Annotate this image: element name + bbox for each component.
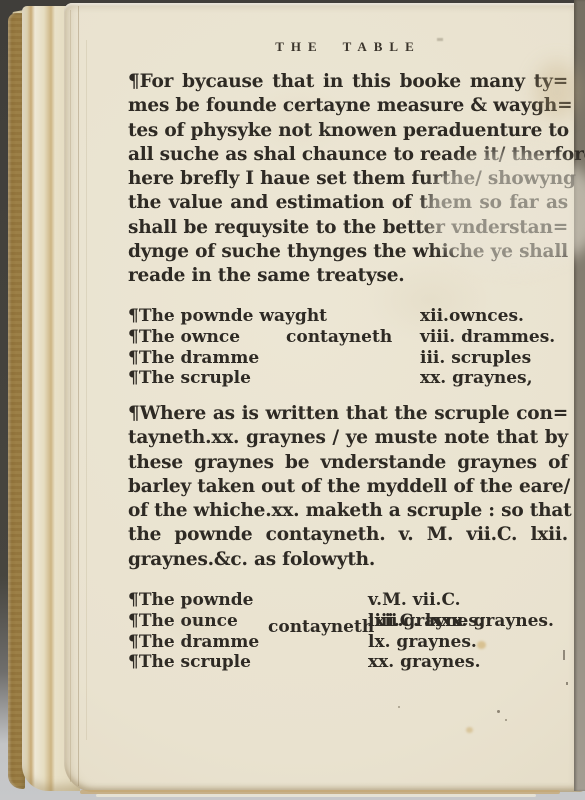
table-row-label: ¶The pownde [128, 590, 368, 611]
page-bottom-edge-sheet [96, 794, 536, 797]
text-line: ¶For bycause that in this booke many ty= [128, 70, 568, 94]
text-line: barley taken out of the myddell of the e… [128, 475, 568, 499]
table-row: ¶The scruple xx. graynes, [128, 368, 568, 389]
book-photo-backdrop: THE TABLE ¶For bycause that in this book… [0, 0, 585, 800]
table-row-label: ¶The dramme [128, 348, 420, 369]
ink-speck [398, 706, 400, 708]
text-line: the pownde contayneth. v. M. vii.C. lxii… [128, 523, 568, 547]
text-line: tayneth.xx. graynes / ye muste note that… [128, 426, 568, 450]
weights-table-1: ¶The pownde wayght xii.ownces. ¶The ownc… [128, 306, 568, 389]
table-row-value: iiii.C. lxxx. graynes. [368, 611, 568, 632]
connector-word: contayneth [268, 617, 374, 638]
show-through-mark [437, 38, 443, 41]
table-row-value: xx. graynes. [368, 652, 568, 673]
connector-word: contayneth [286, 327, 392, 348]
page-crease [86, 40, 87, 740]
ink-speck [563, 650, 565, 660]
table-row-label: ¶The scruple [128, 652, 368, 673]
table-row-value: lx. graynes. [368, 632, 568, 653]
text-line: ¶Where as is written that the scruple co… [128, 402, 568, 426]
foxing-spot [477, 641, 486, 649]
ink-speck [505, 719, 507, 721]
table-rows: ¶The pownde wayght xii.ownces. ¶The ownc… [128, 306, 568, 389]
table-row-label: ¶The scruple [128, 368, 420, 389]
table-row: ¶The scruple xx. graynes. [128, 652, 568, 673]
text-line: tes of physyke not knowen peraduenture t… [128, 119, 568, 143]
text-line: these graynes be vnderstande graynes of [128, 451, 568, 475]
text-line: graynes.&c. as folowyth. [128, 548, 568, 572]
foxing-spot [466, 727, 473, 733]
table-row-value: xx. graynes, [420, 368, 568, 389]
ink-speck [497, 710, 500, 713]
ink-speck [566, 682, 568, 685]
table-row-value: viii. drammes. [420, 327, 568, 348]
table-row: ¶The pownde wayght xii.ownces. [128, 306, 568, 327]
table-row-value: v.M. vii.C. lxii.graynes. [368, 590, 568, 611]
paper-stain [535, 62, 579, 118]
text-line: mes be founde certayne measure & waygh= [128, 94, 568, 118]
weights-table-2: ¶The pownde v.M. vii.C. lxii.graynes. ¶T… [128, 590, 568, 673]
running-title: THE TABLE [128, 39, 568, 55]
table-row-value: iii. scruples [420, 348, 568, 369]
page-crease [70, 10, 71, 782]
table-row-label: ¶The pownde wayght [128, 306, 420, 327]
table-row: ¶The pownde v.M. vii.C. lxii.graynes. [128, 590, 568, 611]
table-row: ¶The dramme iii. scruples [128, 348, 568, 369]
page-crease [78, 6, 79, 786]
table-row-value: xii.ownces. [420, 306, 568, 327]
paragraph-graynes-note: ¶Where as is written that the scruple co… [128, 402, 568, 572]
page-gutter-shadow [574, 0, 585, 791]
text-line: of the whiche.xx. maketh a scruple : so … [128, 499, 568, 523]
